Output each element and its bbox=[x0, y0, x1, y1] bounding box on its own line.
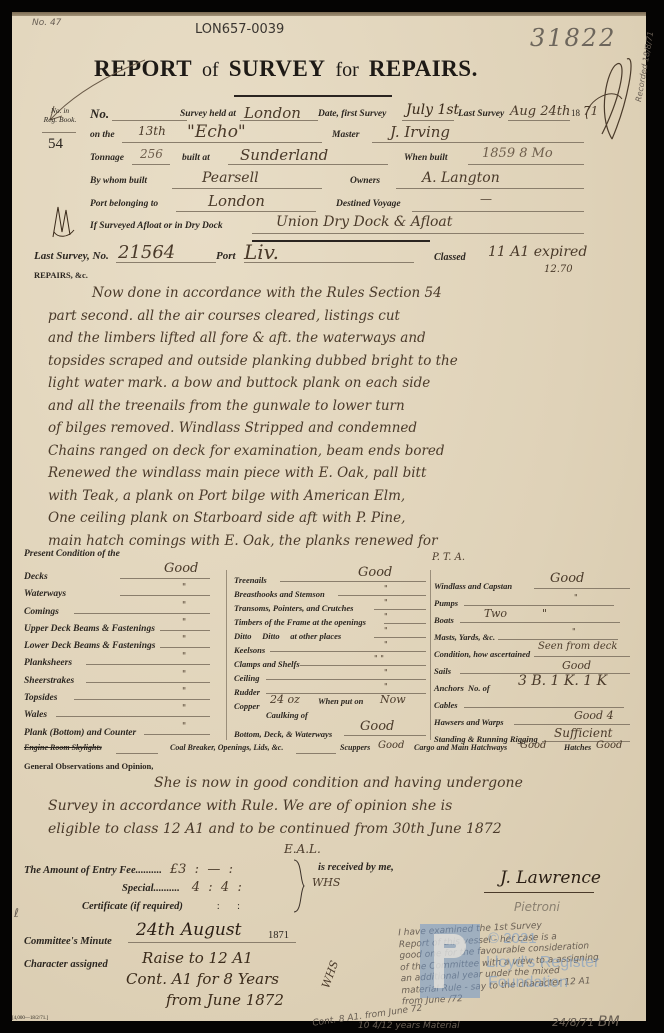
repairs-text: Now done in accordance with the Rules Se… bbox=[48, 282, 628, 564]
committee-minute-value: 24th August bbox=[136, 920, 241, 940]
received-initials: WHS bbox=[312, 876, 340, 889]
bottom-row: Bottom, Deck, & WaterwaysGood bbox=[234, 724, 426, 738]
signature-sub: Pietroni bbox=[514, 900, 560, 914]
repairs-label: REPAIRS, &c. bbox=[34, 270, 88, 280]
no-label: No. bbox=[90, 106, 109, 122]
surveyed-value: Union Dry Dock & Afloat bbox=[276, 214, 452, 230]
survey-document: No. 47 LON657-0039 31822 REPORT of SURVE… bbox=[12, 16, 646, 1021]
page-title: REPORT of SURVEY for REPAIRS. bbox=[94, 56, 478, 82]
surveyor-signature: J. Lawrence bbox=[500, 868, 601, 888]
tonnage-value: 256 bbox=[140, 147, 163, 161]
condition-row: Plank (Bottom) and Counter" bbox=[24, 722, 210, 739]
condition-row: Breasthooks and Stemson" bbox=[234, 584, 426, 598]
condition-row: Condition, how ascertainedSeen from deck bbox=[434, 644, 634, 661]
condition-row: Ditto Ditto at other places" bbox=[234, 626, 426, 640]
condition-row: Planksheers" bbox=[24, 652, 210, 669]
port-belonging-value: London bbox=[208, 192, 265, 210]
condition-col-2: TreenailsGood Breasthooks and Stemson" T… bbox=[234, 570, 426, 738]
on-the-value: 13th bbox=[138, 124, 166, 138]
watermark-line1: Lloyd's Register bbox=[486, 954, 599, 972]
character-initials: WHS bbox=[319, 959, 341, 990]
condition-row: Timbers of the Frame at the openings" bbox=[234, 612, 426, 626]
condition-row: Sheerstrakes" bbox=[24, 670, 210, 687]
date-first-survey-value: July 1st bbox=[406, 102, 459, 118]
condition-row: Wales" bbox=[24, 704, 210, 721]
reference-id: LON657-0039 bbox=[195, 22, 284, 37]
master-value: J. Irving bbox=[390, 123, 450, 141]
condition-row: Lower Deck Beams & Fastenings" bbox=[24, 635, 210, 652]
condition-row: Transoms, Pointers, and Crutches" bbox=[234, 598, 426, 612]
condition-label: Present Condition of the bbox=[24, 549, 120, 559]
doc-number: 31822 bbox=[530, 24, 616, 52]
certificate-fee-row: Certificate (if required) : : bbox=[82, 896, 240, 914]
condition-bottom-row: Engine Room Skylights Coal Breaker, Open… bbox=[24, 743, 634, 757]
condition-row: Comings" bbox=[24, 601, 210, 618]
last-survey-value: Aug 24th bbox=[510, 104, 570, 119]
when-built-value: 1859 8 Mo bbox=[482, 146, 553, 161]
watermark-copyright: © 2021 bbox=[488, 930, 537, 947]
condition-row: Ceiling" bbox=[234, 668, 426, 682]
title-rule bbox=[234, 95, 392, 97]
condition-row: Windlass and CapstanGood bbox=[434, 576, 634, 593]
print-code: [4,000—18/2/71.] bbox=[12, 1016, 48, 1021]
condition-row: Clamps and Shelfs" " bbox=[234, 654, 426, 668]
lr-logo-icon bbox=[420, 924, 480, 998]
reg-book-number: 54 bbox=[48, 136, 63, 153]
character-assigned-value: Raise to 12 A1 Cont. A1 for 8 Years from… bbox=[142, 948, 284, 1011]
condition-row: DecksGood bbox=[24, 566, 210, 583]
committee-minute-row: Committee's Minute bbox=[24, 931, 112, 949]
condition-row: TreenailsGood bbox=[234, 570, 426, 584]
classed-value: 11 A1 expired bbox=[488, 244, 587, 260]
received-label: is received by me, bbox=[318, 862, 394, 873]
condition-row: Waterways" bbox=[24, 583, 210, 600]
last-survey-number: 21564 bbox=[118, 242, 175, 263]
watermark-line2: Foundation bbox=[488, 974, 568, 992]
condition-row: Keelsons" bbox=[234, 640, 426, 654]
margin-scrawl: ℓ bbox=[14, 906, 19, 920]
material-note: 10 4/12 years Material bbox=[358, 1021, 460, 1031]
entry-fee-row: The Amount of Entry Fee.......... £3 : —… bbox=[24, 860, 233, 878]
condition-row: Upper Deck Beams & Fastenings" bbox=[24, 618, 210, 635]
by-whom-built-value: Pearsell bbox=[202, 170, 259, 186]
observations-label: General Observations and Opinion, bbox=[24, 761, 153, 771]
reg-book-label: No. inReg. Book. bbox=[42, 106, 78, 124]
last-survey-port: Liv. bbox=[244, 240, 279, 264]
special-fee-row: Special.......... 4 : 4 : bbox=[122, 878, 242, 896]
condition-col-3: Windlass and CapstanGood Pumps" BoatsTwo… bbox=[434, 576, 634, 746]
character-label: Character assigned bbox=[24, 959, 108, 970]
pencil-note-date: 24/8/71 BM bbox=[552, 1014, 620, 1030]
ship-name: "Echo" bbox=[187, 122, 246, 142]
owners-value: A. Langton bbox=[422, 170, 500, 186]
classed-sub: 12.70 bbox=[544, 264, 573, 275]
built-at-value: Sunderland bbox=[240, 146, 328, 164]
copper-row: Copper 24 oz When put on Now bbox=[234, 696, 426, 710]
brace-icon bbox=[292, 858, 306, 914]
top-left-scrawl: No. 47 bbox=[32, 18, 61, 28]
condition-row: BoatsTwo " bbox=[434, 610, 634, 627]
condition-row: Anchors No. of3 B. 1 K. 1 K bbox=[434, 678, 634, 695]
destined-voyage-value: — bbox=[480, 192, 492, 206]
observations-text: She is now in good condition and having … bbox=[48, 772, 628, 857]
condition-row: Topsides" bbox=[24, 687, 210, 704]
flourish-signature-icon bbox=[582, 54, 642, 144]
year-value: 71 bbox=[583, 104, 598, 118]
condition-col-1: DecksGood Waterways" Comings" Upper Deck… bbox=[24, 566, 210, 739]
pen-scribble-icon bbox=[48, 202, 78, 242]
